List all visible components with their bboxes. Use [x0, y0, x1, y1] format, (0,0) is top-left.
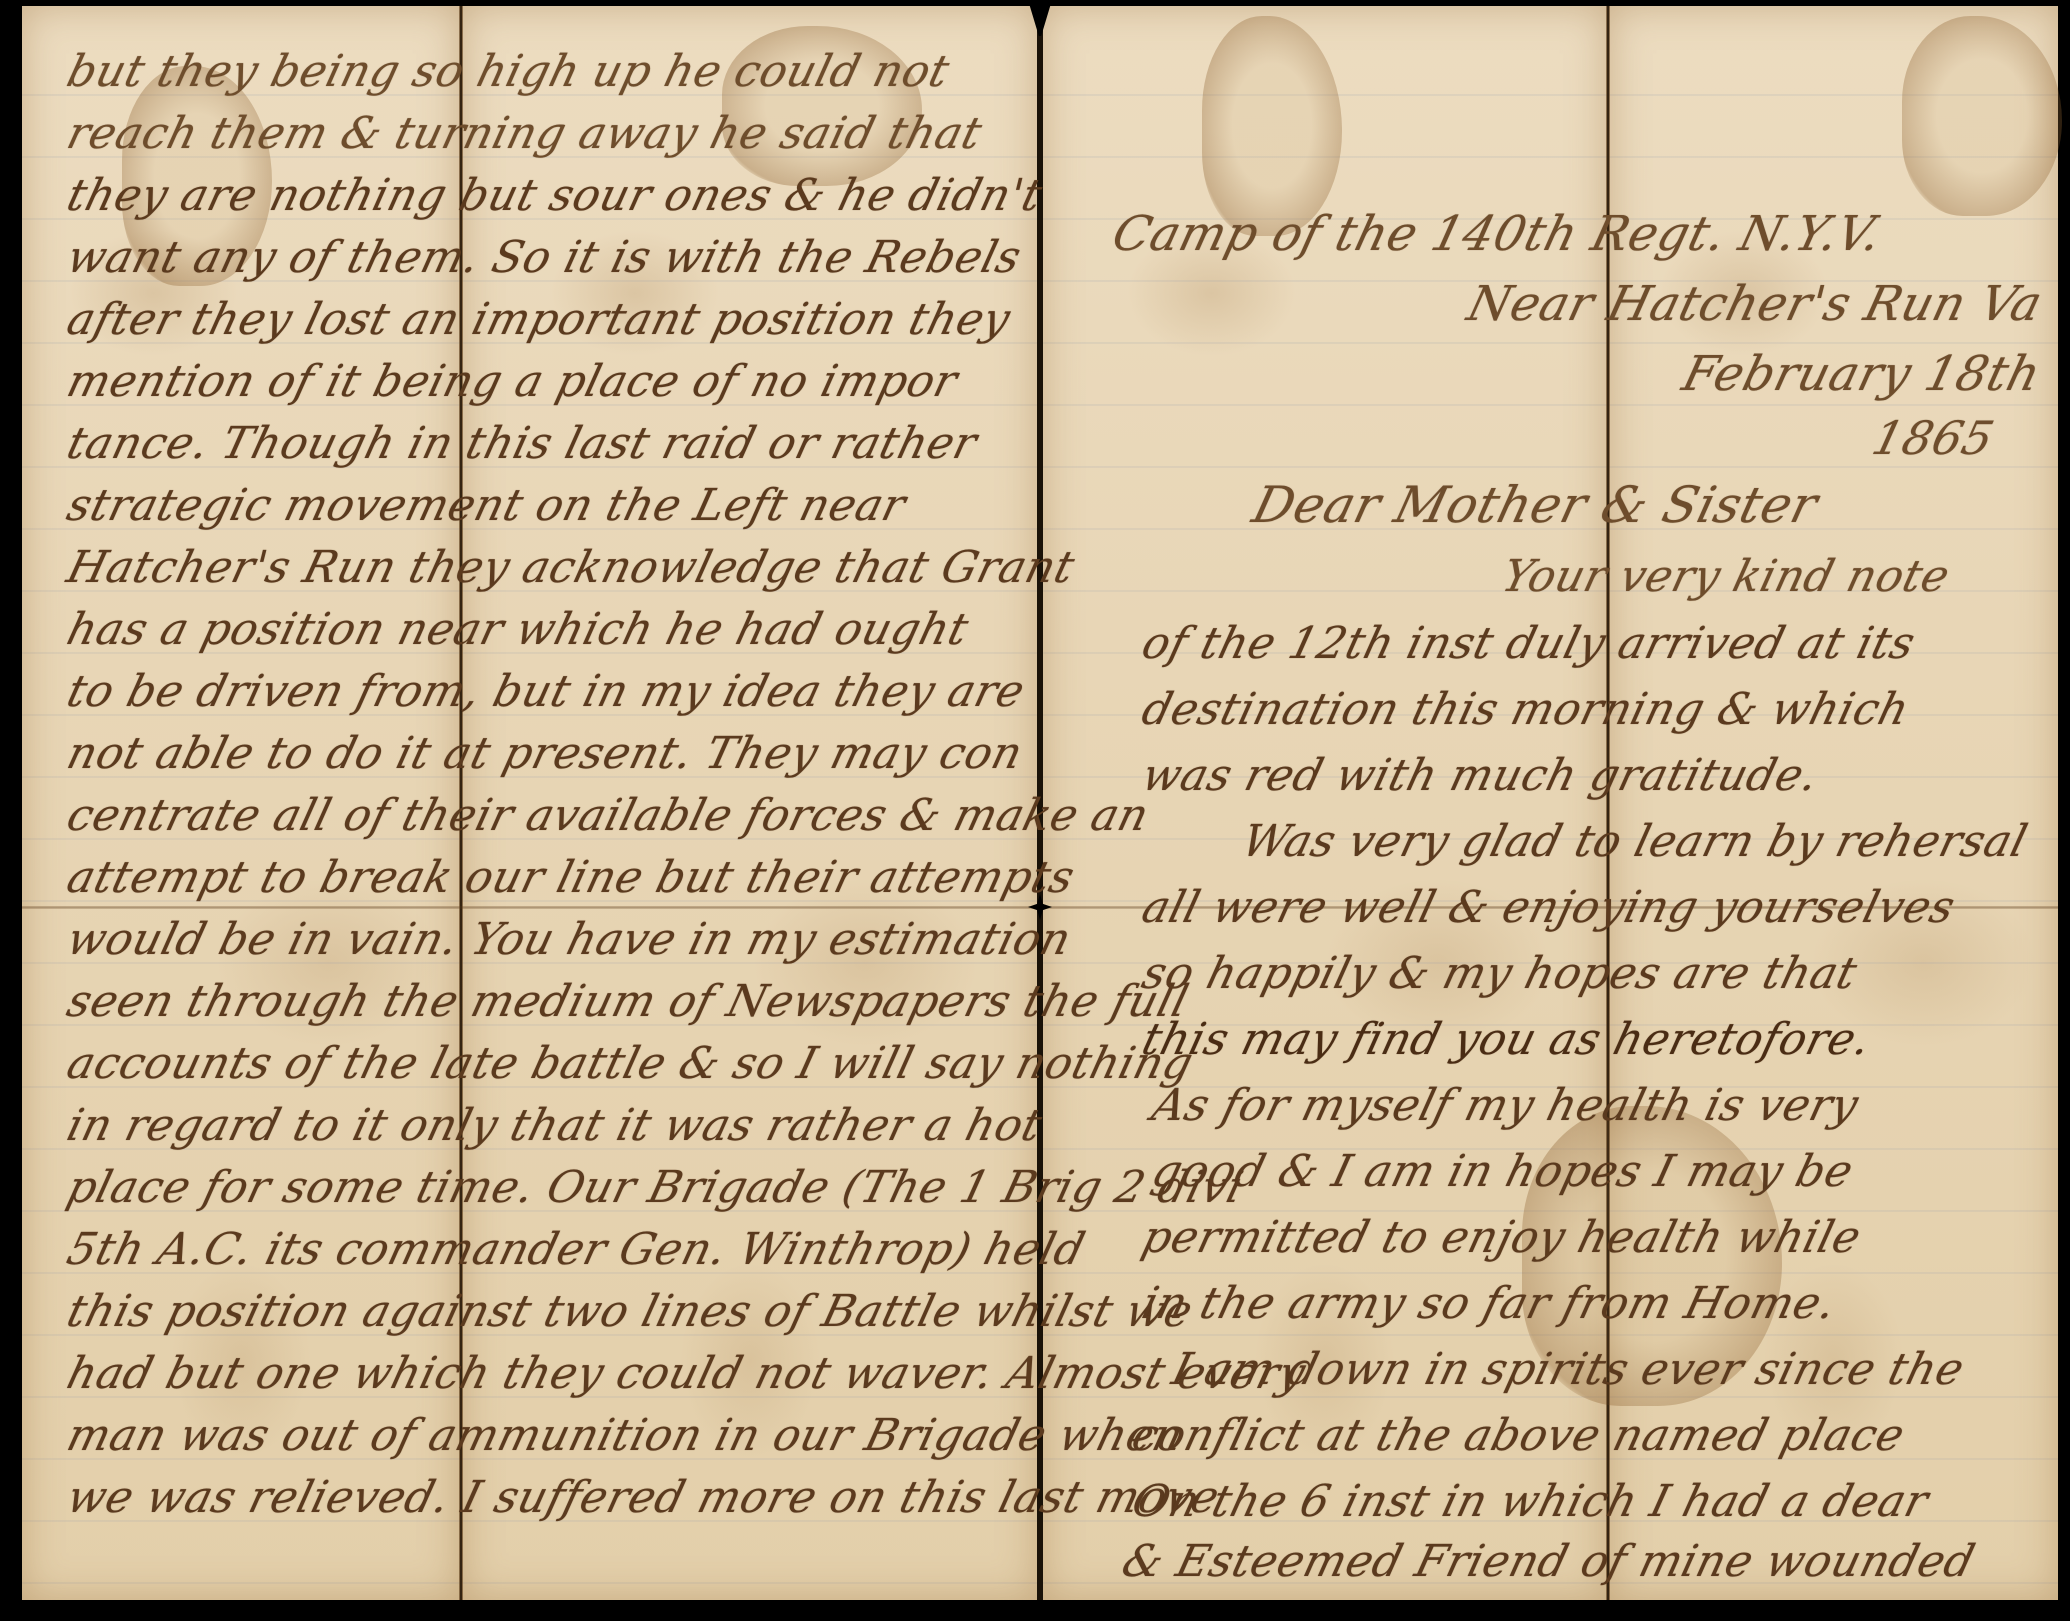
body-line: this may find you as heretofore. — [1137, 1014, 1876, 1065]
body-line: I am down in spirits ever since the — [1167, 1344, 1969, 1395]
heading-date-line-2: 1865 — [1867, 411, 2000, 465]
right-page: Camp of the 140th Regt. N.Y.V. Near Hatc… — [1107, 6, 2047, 1600]
closing-block — [62, 0, 1062, 1621]
heading-place-line-1: Camp of the 140th Regt. N.Y.V. — [1107, 206, 1887, 262]
heading-date-line-1: February 18th — [1677, 346, 2046, 402]
body-line: all were well & enjoying yourselves — [1137, 882, 1960, 933]
body-line: in the army so far from Home. — [1137, 1278, 1841, 1329]
body-line: destination this morning & which — [1137, 684, 1914, 735]
heading-place-line-2: Near Hatcher's Run Va — [1462, 276, 2048, 332]
body-line: On the 6 inst in which I had a dear — [1127, 1476, 1934, 1527]
salutation: Dear Mother & Sister — [1247, 476, 1824, 534]
body-line: good & I am in hopes I may be — [1147, 1146, 1858, 1197]
body-line: was red with much gratitude. — [1137, 750, 1824, 801]
body-line: Your very kind note — [1497, 551, 1955, 602]
body-line: so happily & my hopes are that — [1137, 948, 1862, 999]
body-line: As for myself my health is very — [1147, 1080, 1864, 1131]
body-line: of the 12th inst duly arrived at its — [1137, 618, 1920, 669]
body-line: Was very glad to learn by rehersal — [1237, 816, 2033, 867]
body-line: conflict at the above named place — [1127, 1410, 1910, 1461]
body-line: & Esteemed Friend of mine wounded — [1117, 1536, 1980, 1587]
body-line: permitted to enjoy health while — [1137, 1212, 1866, 1263]
